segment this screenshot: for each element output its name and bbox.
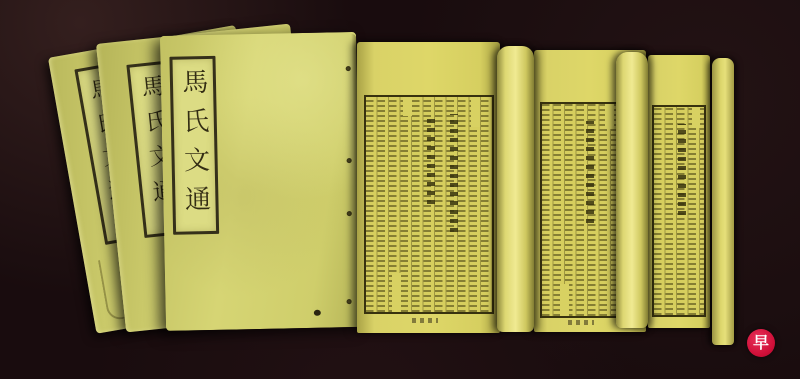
column-indent <box>392 273 401 312</box>
binding-stitch-hole <box>346 66 351 71</box>
page-footer-mark <box>412 318 438 323</box>
open-page-spread-1 <box>357 42 500 333</box>
column-indent <box>403 97 412 116</box>
printed-text-block <box>540 102 626 318</box>
printed-text-block <box>652 105 706 317</box>
book-volume-front: 馬氏文通 <box>160 32 362 331</box>
binding-stitch-hole <box>347 211 352 216</box>
column-indent <box>692 107 700 128</box>
title-slip: 馬氏文通 <box>169 56 219 235</box>
cover-blemish <box>314 310 321 316</box>
open-page-spread-3 <box>648 55 710 328</box>
curled-page-edge <box>712 58 734 345</box>
text-header-column <box>586 121 594 223</box>
binding-stitch-hole <box>347 158 352 163</box>
text-header-column <box>678 124 686 216</box>
text-header-column <box>450 114 458 232</box>
text-header-column <box>427 114 435 204</box>
photo-scene: 馬氏文通 馬氏文通 馬氏文通 <box>0 0 800 379</box>
column-indent <box>471 97 480 127</box>
book-title-text: 馬氏文通 <box>179 59 208 225</box>
printed-text-block <box>364 95 494 314</box>
page-footer-mark <box>568 320 594 325</box>
zaobao-logo: 早 <box>747 329 775 357</box>
zaobao-logo-character: 早 <box>753 335 769 351</box>
curled-page-roll <box>616 52 648 328</box>
curled-page-roll <box>497 46 534 332</box>
column-indent <box>560 284 569 316</box>
binding-stitch-hole <box>347 299 352 304</box>
column-indent <box>605 104 614 129</box>
